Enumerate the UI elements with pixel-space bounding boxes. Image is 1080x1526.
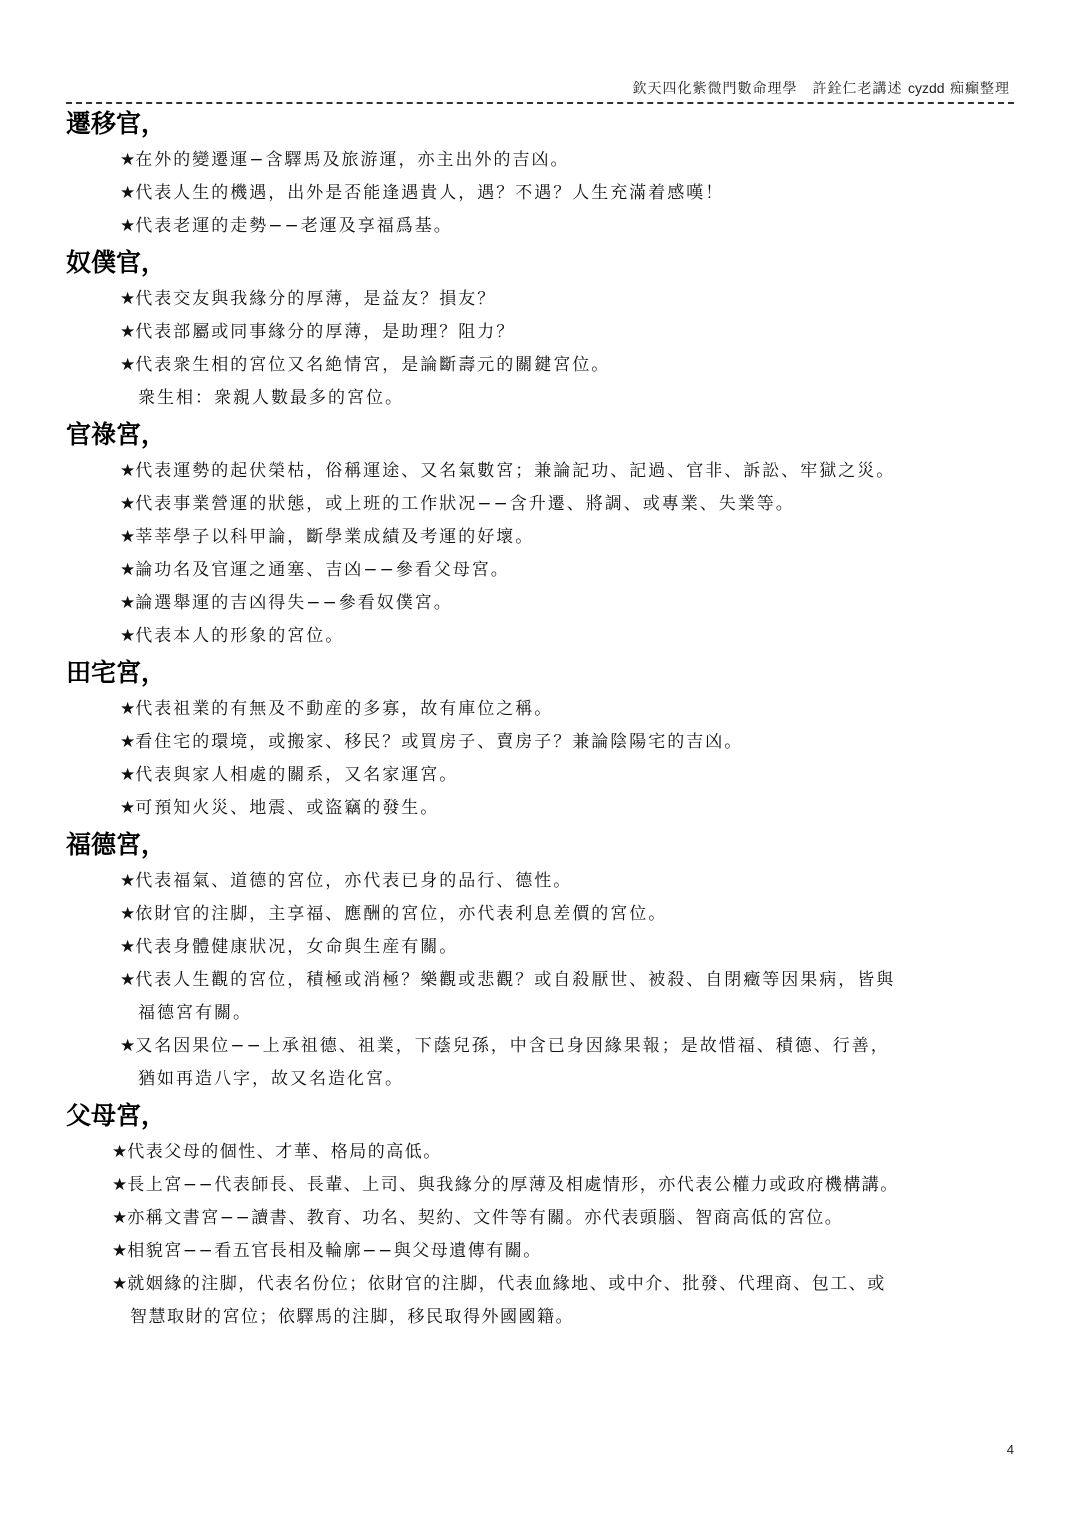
- star-bullet-icon: ★: [112, 1175, 127, 1195]
- star-bullet-icon: ★: [120, 355, 135, 375]
- list-item: ★代表身體健康狀况，女命與生産有關。: [66, 931, 1026, 964]
- star-bullet-icon: ★: [112, 1241, 127, 1261]
- list-item: ★代表人生的機遇，出外是否能逢遇貴人，遇？不遇？人生充滿着感嘆！: [66, 177, 1026, 210]
- section-guanlu: 官祿宮， ★代表運勢的起伏榮枯，俗稱運途、又名氣數宮；兼論記功、記過、官非、訴訟…: [66, 415, 1026, 653]
- list-item: ★亦稱文書宮−−讀書、教育、功名、契約、文件等有關。亦代表頭腦、智商高低的宮位。: [66, 1202, 1026, 1235]
- star-bullet-icon: ★: [120, 527, 135, 547]
- page-number: 4: [1007, 1442, 1014, 1457]
- list-item-continuation: 猶如再造八字，故又名造化宮。: [120, 1063, 1026, 1096]
- section-note: 衆生相：衆親人數最多的宮位。: [66, 382, 1026, 415]
- list-item: ★代表衆生相的宮位又名絶情宮，是論斷壽元的關鍵宮位。: [66, 349, 1026, 382]
- list-item: ★長上宮−−代表師長、長輩、上司、與我緣分的厚薄及相處情形，亦代表公權力或政府機…: [66, 1169, 1026, 1202]
- list-item: ★就姻緣的注脚，代表名份位；依財官的注脚，代表血緣地、或中介、批發、代理商、包工…: [66, 1268, 1026, 1334]
- star-bullet-icon: ★: [120, 183, 135, 203]
- header-author-latin: cyzdd: [908, 80, 945, 96]
- list-item: ★代表運勢的起伏榮枯，俗稱運途、又名氣數宮；兼論記功、記過、官非、訴訟、牢獄之災…: [66, 455, 1026, 488]
- star-bullet-icon: ★: [120, 970, 135, 990]
- star-bullet-icon: ★: [120, 937, 135, 957]
- section-title: 父母宮，: [66, 1096, 1026, 1136]
- star-bullet-icon: ★: [120, 732, 135, 752]
- list-item: ★可預知火災、地震、或盜竊的發生。: [66, 792, 1026, 825]
- star-bullet-icon: ★: [112, 1274, 127, 1294]
- list-item: ★看住宅的環境，或搬家、移民？或買房子、賣房子？兼論陰陽宅的吉凶。: [66, 726, 1026, 759]
- list-item: ★在外的變遷運−含驛馬及旅游運，亦主出外的吉凶。: [66, 144, 1026, 177]
- star-bullet-icon: ★: [120, 593, 135, 613]
- list-item: ★代表部屬或同事緣分的厚薄，是助理？阻力？: [66, 316, 1026, 349]
- header-title: 欽天四化紫微門數命理學 許銓仁老講述: [633, 81, 908, 97]
- star-bullet-icon: ★: [120, 798, 135, 818]
- star-bullet-icon: ★: [120, 216, 135, 236]
- star-bullet-icon: ★: [120, 494, 135, 514]
- star-bullet-icon: ★: [120, 1036, 135, 1056]
- star-bullet-icon: ★: [120, 904, 135, 924]
- list-item: ★代表老運的走勢−−老運及享福爲基。: [66, 210, 1026, 243]
- list-item: ★相貌宮−−看五官長相及輪廓−−與父母遺傳有關。: [66, 1235, 1026, 1268]
- section-tianzhai: 田宅宮， ★代表祖業的有無及不動産的多寡，故有庫位之稱。 ★看住宅的環境，或搬家…: [66, 653, 1026, 825]
- section-title: 福德宮，: [66, 825, 1026, 865]
- star-bullet-icon: ★: [112, 1142, 127, 1162]
- list-item: ★論選舉運的吉凶得失−−參看奴僕宮。: [66, 587, 1026, 620]
- section-fude: 福德宮， ★代表福氣、道德的宮位，亦代表已身的品行、德性。 ★依財官的注脚，主享…: [66, 825, 1026, 1096]
- document-body: 遷移官， ★在外的變遷運−含驛馬及旅游運，亦主出外的吉凶。 ★代表人生的機遇，出…: [66, 104, 1026, 1334]
- star-bullet-icon: ★: [120, 871, 135, 891]
- list-item-continuation: 福德宮有關。: [120, 997, 1026, 1030]
- list-item: ★代表人生觀的宮位，積極或消極？樂觀或悲觀？或自殺厭世、被殺、自閉癥等因果病，皆…: [66, 964, 1026, 1030]
- list-item: ★依財官的注脚，主享福、應酬的宮位，亦代表利息差價的宮位。: [66, 898, 1026, 931]
- list-item-continuation: 智慧取財的宮位；依驛馬的注脚，移民取得外國國籍。: [112, 1301, 1026, 1334]
- list-item: ★論功名及官運之通塞、吉凶−−參看父母宮。: [66, 554, 1026, 587]
- list-item: ★莘莘學子以科甲論，斷學業成績及考運的好壞。: [66, 521, 1026, 554]
- section-nupu: 奴僕官， ★代表交友與我緣分的厚薄，是益友？損友？ ★代表部屬或同事緣分的厚薄，…: [66, 243, 1026, 415]
- star-bullet-icon: ★: [120, 765, 135, 785]
- section-title: 官祿宮，: [66, 415, 1026, 455]
- section-fumu: 父母宮， ★代表父母的個性、才華、格局的高低。 ★長上宮−−代表師長、長輩、上司…: [66, 1096, 1026, 1334]
- section-title: 田宅宮，: [66, 653, 1026, 693]
- page-header: 欽天四化紫微門數命理學 許銓仁老講述 cyzdd 痴癲整理: [66, 78, 1014, 104]
- star-bullet-icon: ★: [120, 150, 135, 170]
- star-bullet-icon: ★: [120, 461, 135, 481]
- list-item: ★代表父母的個性、才華、格局的高低。: [66, 1136, 1026, 1169]
- star-bullet-icon: ★: [120, 626, 135, 646]
- section-qianyi: 遷移官， ★在外的變遷運−含驛馬及旅游運，亦主出外的吉凶。 ★代表人生的機遇，出…: [66, 104, 1026, 243]
- star-bullet-icon: ★: [120, 699, 135, 719]
- list-item: ★代表福氣、道德的宮位，亦代表已身的品行、德性。: [66, 865, 1026, 898]
- list-item: ★又名因果位−−上承祖德、祖業，下蔭兒孫，中含已身因緣果報；是故惜福、積德、行善…: [66, 1030, 1026, 1096]
- star-bullet-icon: ★: [120, 289, 135, 309]
- section-title: 奴僕官，: [66, 243, 1026, 283]
- section-title: 遷移官，: [66, 104, 1026, 144]
- list-item: ★代表事業營運的狀態，或上班的工作狀况−−含升遷、將調、或專業、失業等。: [66, 488, 1026, 521]
- star-bullet-icon: ★: [112, 1208, 127, 1228]
- list-item: ★代表與家人相處的關系，又名家運宮。: [66, 759, 1026, 792]
- list-item: ★代表祖業的有無及不動産的多寡，故有庫位之稱。: [66, 693, 1026, 726]
- list-item: ★代表本人的形象的宮位。: [66, 620, 1026, 653]
- list-item: ★代表交友與我緣分的厚薄，是益友？損友？: [66, 283, 1026, 316]
- star-bullet-icon: ★: [120, 322, 135, 342]
- star-bullet-icon: ★: [120, 560, 135, 580]
- header-suffix: 痴癲整理: [945, 81, 1010, 97]
